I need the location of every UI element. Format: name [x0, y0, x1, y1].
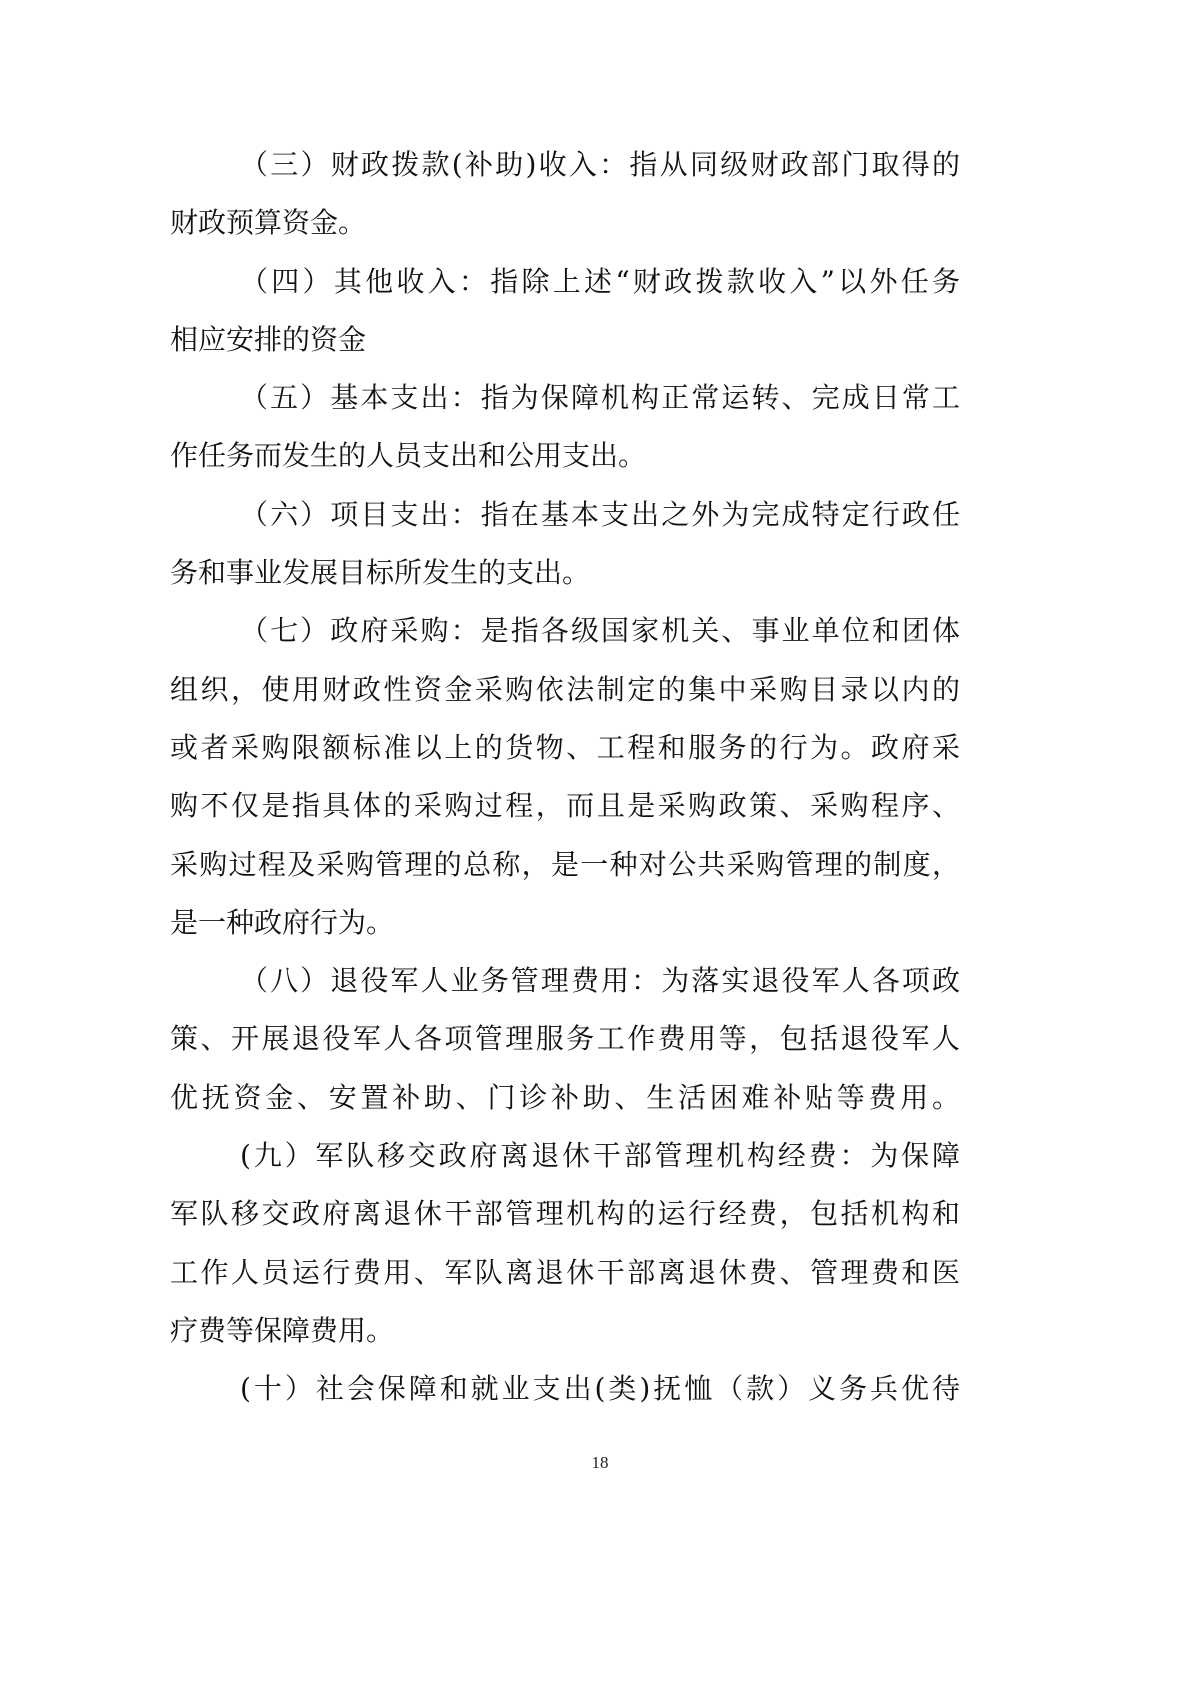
- text-line: 策、开展退役军人各项管理服务工作费用等，包括退役军人: [170, 1016, 960, 1074]
- text-line: 务和事业发展目标所发生的支出。: [170, 550, 960, 608]
- text-line: （五）基本支出：指为保障机构正常运转、完成日常工: [170, 375, 960, 433]
- body-text: （三）财政拨款(补助)收入：指从同级财政部门取得的 财政预算资金。 （四）其他收…: [170, 142, 960, 1425]
- text-line: 购不仅是指具体的采购过程，而且是采购政策、采购程序、: [170, 783, 960, 841]
- text-line: 或者采购限额标准以上的货物、工程和服务的行为。政府采: [170, 725, 960, 783]
- document-page: （三）财政拨款(补助)收入：指从同级财政部门取得的 财政预算资金。 （四）其他收…: [0, 0, 1200, 1697]
- text-line: （八）退役军人业务管理费用：为落实退役军人各项政: [170, 958, 960, 1016]
- text-line: 工作人员运行费用、军队离退休干部离退休费、管理费和医: [170, 1250, 960, 1308]
- text-line: （四）其他收入：指除上述“财政拨款收入”以外任务: [170, 259, 960, 317]
- text-line: （七）政府采购：是指各级国家机关、事业单位和团体: [170, 608, 960, 666]
- paragraph-7: （七）政府采购：是指各级国家机关、事业单位和团体 组织，使用财政性资金采购依法制…: [170, 608, 960, 958]
- text-line: 作任务而发生的人员支出和公用支出。: [170, 433, 960, 491]
- paragraph-8: （八）退役军人业务管理费用：为落实退役军人各项政 策、开展退役军人各项管理服务工…: [170, 958, 960, 1133]
- paragraph-6: （六）项目支出：指在基本支出之外为完成特定行政任 务和事业发展目标所发生的支出。: [170, 492, 960, 609]
- paragraph-9: (九）军队移交政府离退休干部管理机构经费：为保障 军队移交政府离退休干部管理机构…: [170, 1133, 960, 1366]
- paragraph-10: (十）社会保障和就业支出(类)抚恤（款）义务兵优待: [170, 1366, 960, 1424]
- text-line: (九）军队移交政府离退休干部管理机构经费：为保障: [170, 1133, 960, 1191]
- text-line: 相应安排的资金: [170, 317, 960, 375]
- text-line: 组织，使用财政性资金采购依法制定的集中采购目录以内的: [170, 667, 960, 725]
- text-line: （六）项目支出：指在基本支出之外为完成特定行政任: [170, 492, 960, 550]
- text-line: 优抚资金、安置补助、门诊补助、生活困难补贴等费用。: [170, 1075, 960, 1133]
- text-line: 是一种政府行为。: [170, 900, 960, 958]
- text-line: 采购过程及采购管理的总称，是一种对公共采购管理的制度，: [170, 842, 960, 900]
- paragraph-5: （五）基本支出：指为保障机构正常运转、完成日常工 作任务而发生的人员支出和公用支…: [170, 375, 960, 492]
- text-line: (十）社会保障和就业支出(类)抚恤（款）义务兵优待: [170, 1366, 960, 1424]
- text-line: 财政预算资金。: [170, 200, 960, 258]
- text-line: 疗费等保障费用。: [170, 1308, 960, 1366]
- paragraph-3: （三）财政拨款(补助)收入：指从同级财政部门取得的 财政预算资金。: [170, 142, 960, 259]
- text-line: 军队移交政府离退休干部管理机构的运行经费，包括机构和: [170, 1191, 960, 1249]
- paragraph-4: （四）其他收入：指除上述“财政拨款收入”以外任务 相应安排的资金: [170, 259, 960, 376]
- text-line: （三）财政拨款(补助)收入：指从同级财政部门取得的: [170, 142, 960, 200]
- page-number: 18: [0, 1453, 1200, 1473]
